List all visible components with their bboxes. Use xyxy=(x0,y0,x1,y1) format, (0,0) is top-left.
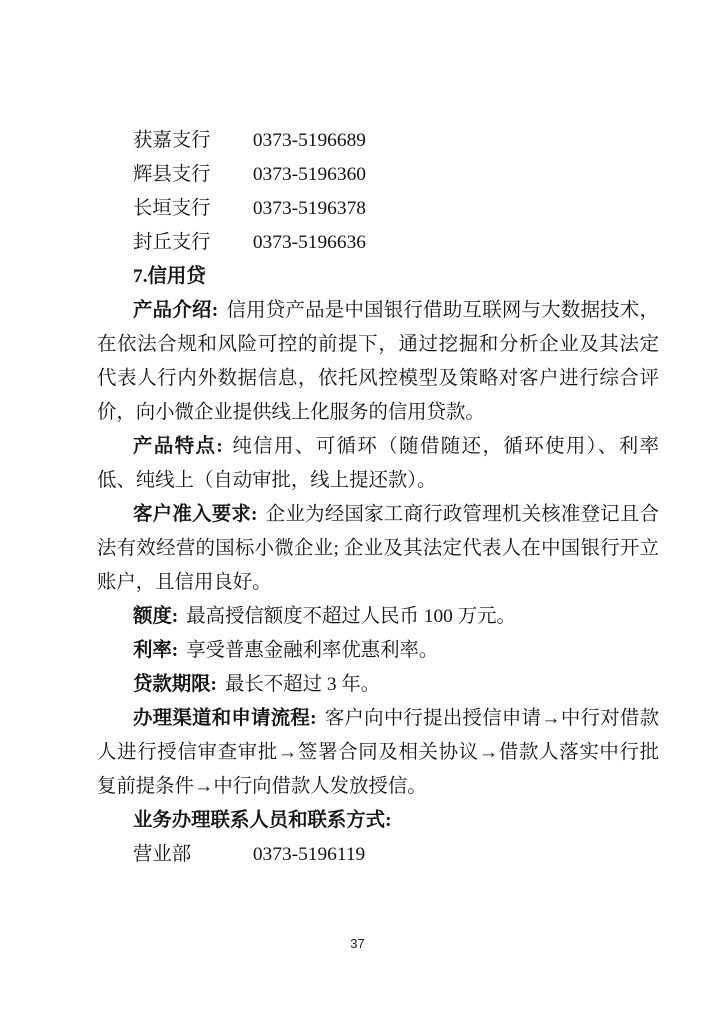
branch-name: 封丘支行 xyxy=(133,226,248,260)
paragraph-label: 产品介绍: xyxy=(133,300,218,321)
paragraph-loan-term: 贷款期限:最长不超过 3 年。 xyxy=(97,668,659,702)
paragraph-quota: 额度:最高授信额度不超过人民币 100 万元。 xyxy=(97,600,659,634)
section-heading: 7.信用贷 xyxy=(97,260,659,294)
business-contact-heading: 业务办理联系人员和联系方式: xyxy=(97,804,659,838)
paragraph-text: 享受普惠金融利率优惠利率。 xyxy=(186,640,438,661)
branch-name: 长垣支行 xyxy=(133,192,248,226)
branch-contact-row: 长垣支行 0373-5196378 xyxy=(97,192,659,226)
paragraph-product-intro: 产品介绍:信用贷产品是中国银行借助互联网与大数据技术，在依法合规和风险可控的前提… xyxy=(97,294,659,430)
document-page: 获嘉支行 0373-5196689 辉县支行 0373-5196360 长垣支行… xyxy=(0,0,715,1011)
paragraph-label: 额度: xyxy=(133,606,178,627)
branch-phone: 0373-5196689 xyxy=(253,130,366,151)
business-contact-name: 营业部 xyxy=(133,838,248,872)
paragraph-label: 客户准入要求: xyxy=(133,504,258,525)
branch-phone: 0373-5196378 xyxy=(253,198,366,219)
branch-name: 获嘉支行 xyxy=(133,124,248,158)
business-contact-phone: 0373-5196119 xyxy=(253,844,365,865)
branch-contact-row: 封丘支行 0373-5196636 xyxy=(97,226,659,260)
paragraph-label: 贷款期限: xyxy=(133,674,217,695)
paragraph-customer-requirements: 客户准入要求:企业为经国家工商行政管理机关核准登记且合法有效经营的国标小微企业;… xyxy=(97,498,659,600)
paragraph-application-process: 办理渠道和申请流程:客户向中行提出授信申请→中行对借款人进行授信审查审批→签署合… xyxy=(97,702,659,804)
branch-contact-row: 获嘉支行 0373-5196689 xyxy=(97,124,659,158)
paragraph-label: 办理渠道和申请流程: xyxy=(133,708,317,729)
paragraph-product-features: 产品特点:纯信用、可循环（随借随还，循环使用）、利率低、纯线上（自动审批，线上提… xyxy=(97,430,659,498)
branch-contact-row: 辉县支行 0373-5196360 xyxy=(97,158,659,192)
paragraph-label: 利率: xyxy=(133,640,178,661)
branch-name: 辉县支行 xyxy=(133,158,248,192)
branch-phone: 0373-5196360 xyxy=(253,164,366,185)
page-number: 37 xyxy=(0,936,715,951)
paragraph-text: 最高授信额度不超过人民币 100 万元。 xyxy=(186,606,516,627)
paragraph-interest-rate: 利率:享受普惠金融利率优惠利率。 xyxy=(97,634,659,668)
business-contact-row: 营业部 0373-5196119 xyxy=(97,838,659,872)
paragraph-text: 最长不超过 3 年。 xyxy=(225,674,380,695)
document-content: 获嘉支行 0373-5196689 辉县支行 0373-5196360 长垣支行… xyxy=(97,124,659,872)
branch-phone: 0373-5196636 xyxy=(253,232,366,253)
paragraph-label: 产品特点: xyxy=(133,436,223,457)
